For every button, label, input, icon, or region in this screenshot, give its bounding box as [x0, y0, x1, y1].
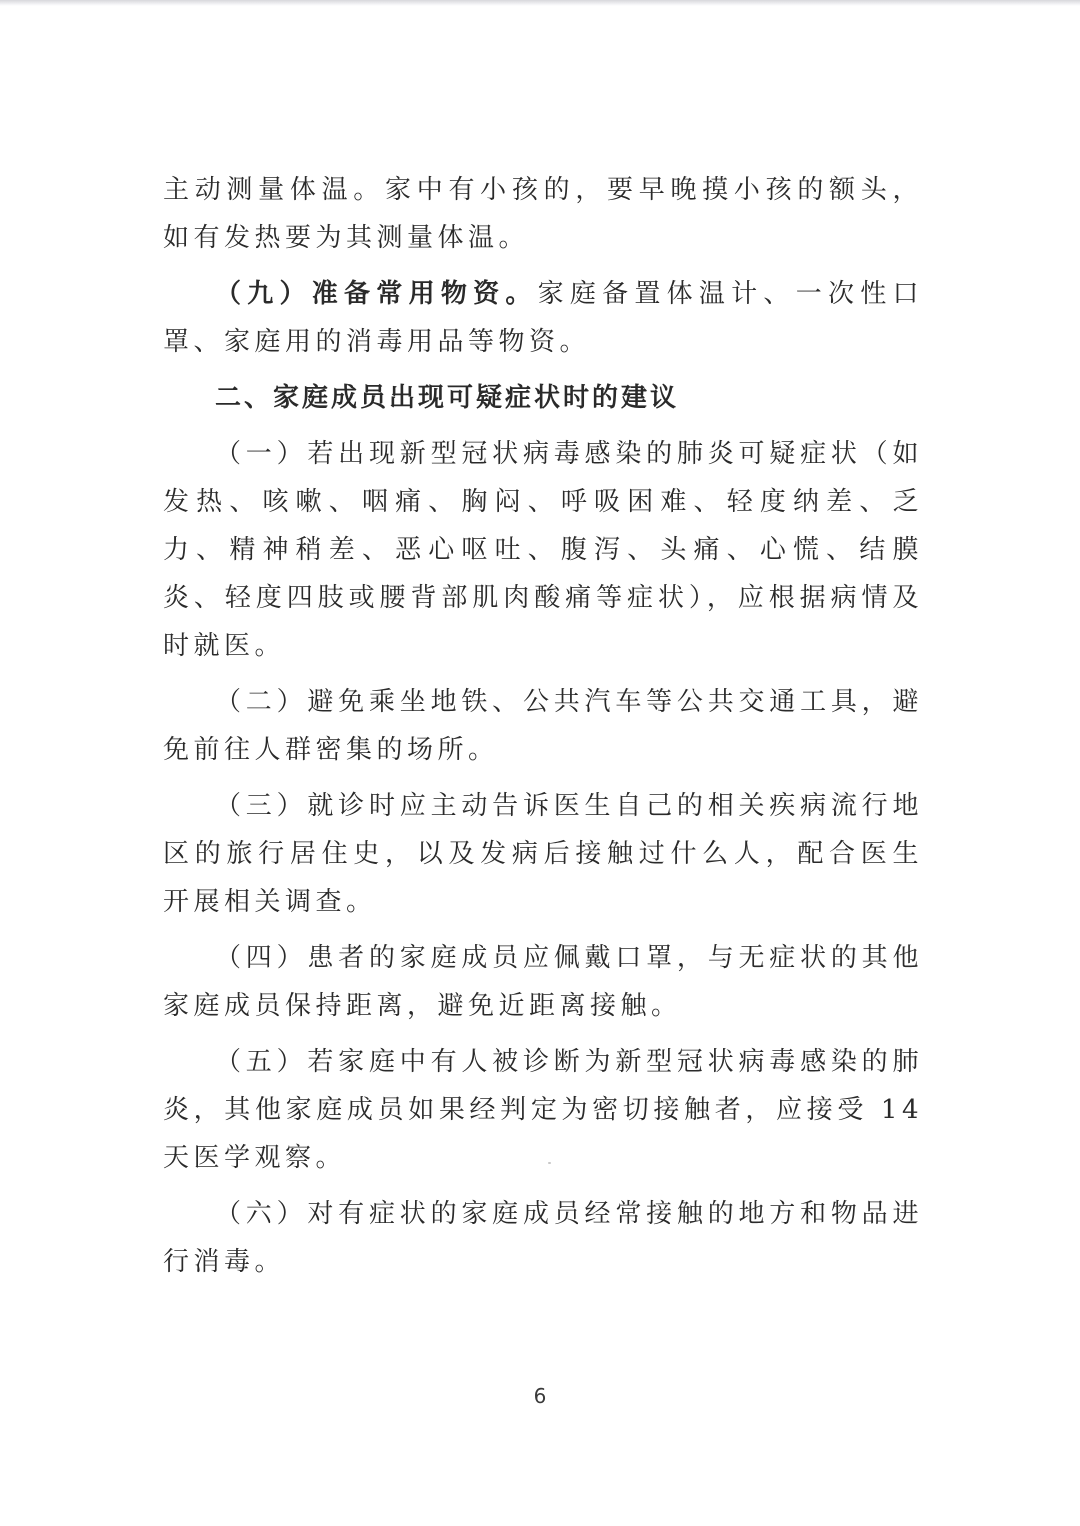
item-label: （四）: [215, 943, 307, 973]
section-item-3: （三）就诊时应主动告诉医生自己的相关疾病流行地区的旅行居住史，以及发病后接触过什…: [163, 782, 923, 926]
section-item-1: （一）若出现新型冠状病毒感染的肺炎可疑症状（如发热、咳嗽、咽痛、胸闷、呼吸困难、…: [163, 430, 923, 670]
item-label: （五）: [215, 1047, 307, 1077]
paragraph-continued: 主动测量体温。家中有小孩的，要早晚摸小孩的额头，如有发热要为其测量体温。: [163, 166, 923, 262]
page-number: 6: [0, 1384, 1080, 1408]
section-item-5: （五）若家庭中有人被诊断为新型冠状病毒感染的肺炎，其他家庭成员如果经判定为密切接…: [163, 1038, 923, 1182]
scan-speck: [548, 1162, 551, 1164]
section-item-4: （四）患者的家庭成员应佩戴口罩，与无症状的其他家庭成员保持距离，避免近距离接触。: [163, 934, 923, 1030]
scan-top-edge: [0, 0, 1080, 6]
paragraph-text: 主动测量体温。家中有小孩的，要早晚摸小孩的额头，如有发热要为其测量体温。: [163, 175, 923, 253]
item-label: （六）: [215, 1199, 307, 1229]
item-label: （三）: [215, 791, 307, 821]
item-label: （二）: [215, 687, 307, 717]
section-item-6: （六）对有症状的家庭成员经常接触的地方和物品进行消毒。: [163, 1190, 923, 1286]
item-text: 若出现新型冠状病毒感染的肺炎可疑症状（如发热、咳嗽、咽痛、胸闷、呼吸困难、轻度纳…: [163, 439, 923, 661]
paragraph-bold-lead: （九）准备常用物资。: [215, 279, 538, 309]
section-item-2: （二）避免乘坐地铁、公共汽车等公共交通工具，避免前往人群密集的场所。: [163, 678, 923, 774]
section-heading: 二、家庭成员出现可疑症状时的建议: [163, 374, 923, 422]
item-label: （一）: [215, 439, 307, 469]
document-page-body: 主动测量体温。家中有小孩的，要早晚摸小孩的额头，如有发热要为其测量体温。 （九）…: [163, 166, 923, 1294]
paragraph-item-9: （九）准备常用物资。家庭备置体温计、一次性口罩、家庭用的消毒用品等物资。: [163, 270, 923, 366]
